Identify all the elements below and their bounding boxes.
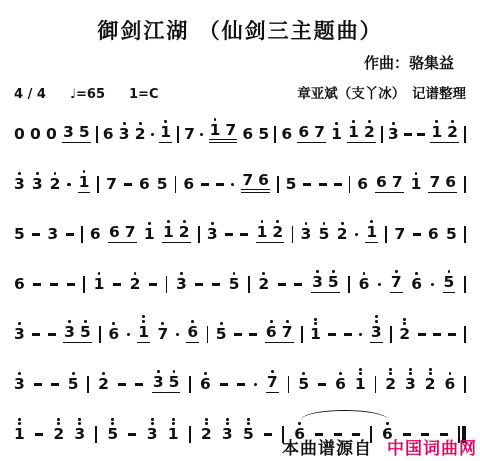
octave-dots (83, 164, 86, 173)
note-digit: 1 (431, 124, 442, 141)
rest-note: 0 (46, 116, 57, 143)
note-digit: 1 (348, 124, 359, 141)
note-digit: 6 (103, 126, 114, 143)
note-digit: 6 (183, 176, 194, 193)
note: 7 (267, 364, 278, 391)
note: 7 (184, 116, 195, 143)
note: 5 (80, 314, 91, 341)
duration-dash (32, 233, 40, 235)
note-digit: 7 (391, 274, 402, 291)
note: 3 (14, 366, 25, 393)
octave-dots (18, 316, 21, 325)
octave-dots (271, 364, 274, 373)
octave-dots (316, 264, 319, 273)
note-digit: 6 (258, 172, 269, 189)
note-digit: 6 (335, 376, 346, 393)
note-digit: 6 (200, 376, 211, 393)
note-digit: 6 (108, 326, 119, 343)
duration-dash (32, 333, 40, 335)
note-digit: 6 (357, 176, 368, 193)
dash-token (67, 266, 75, 293)
note-digit: 1 (366, 224, 377, 241)
note-digit: 1 (144, 226, 155, 243)
duration-dash (448, 333, 456, 335)
note: 2 (98, 366, 109, 393)
note: 5 (68, 366, 79, 393)
note: 7 (391, 264, 402, 291)
note-digit: 6 (428, 226, 439, 243)
octave-dots (134, 266, 137, 275)
note-digit: 7 (242, 172, 253, 189)
note-digit: 5 (258, 126, 269, 143)
octave-dots (370, 214, 373, 223)
beam-group: 35 (152, 364, 181, 394)
note: 3 (47, 216, 58, 243)
note-digit: 1 (79, 174, 90, 191)
octave-dots (211, 216, 214, 225)
note: 3 (63, 114, 74, 141)
note: 5 (444, 264, 455, 291)
octave-dot (78, 418, 81, 421)
dash-token (240, 216, 248, 243)
note-digit: 3 (47, 226, 58, 243)
octave-dots (392, 116, 395, 125)
note: 1 (210, 112, 221, 139)
beam-group: 7 (266, 364, 279, 394)
duration-dash (319, 183, 327, 185)
duration-dash (334, 183, 342, 185)
dash-token (303, 166, 311, 193)
note: 7 (392, 164, 403, 191)
note-digit: 5 (446, 226, 457, 243)
note: 7 (314, 114, 325, 141)
barline (189, 376, 191, 393)
octave-dots (415, 166, 418, 175)
duration-dash (249, 333, 257, 335)
note-digit: 5 (216, 326, 227, 343)
dot-token (67, 166, 70, 193)
dot-token (127, 316, 130, 343)
note: 2 (179, 214, 190, 241)
octave-dots (375, 314, 378, 323)
note-digit: 5 (107, 426, 118, 443)
octave-dots (449, 366, 452, 375)
note: 1 (355, 366, 366, 393)
dash-token (220, 366, 228, 393)
note-digit: 3 (405, 376, 416, 393)
beam-group: 35 (63, 314, 92, 344)
duration-dash (237, 383, 245, 385)
note: 7 (106, 166, 117, 193)
note: 1 (79, 164, 90, 191)
note: 6 (187, 314, 198, 341)
note-digit: 2 (53, 426, 64, 443)
barline (464, 276, 466, 293)
octave-dots (389, 366, 392, 375)
octave-dots (205, 416, 208, 425)
note-digit: 7 (125, 224, 136, 241)
note: 5 (328, 264, 339, 291)
note-digit: 2 (50, 176, 61, 193)
dash-token (34, 366, 42, 393)
beam-group: 1 (78, 164, 91, 194)
dash-token (344, 316, 352, 343)
dash-token (51, 366, 59, 393)
note: 5 (14, 216, 25, 243)
beam-group: 7 (390, 264, 403, 294)
octave-dot (111, 418, 114, 421)
note: 6 (183, 166, 194, 193)
note-digit: 1 (411, 176, 422, 193)
barline (95, 426, 97, 443)
note: 3 (371, 314, 382, 341)
duration-dash (234, 333, 242, 335)
octave-dots (429, 366, 432, 375)
duration-dash (303, 183, 311, 185)
dot-token (359, 316, 362, 343)
note-digit: 6 (298, 124, 309, 141)
dash-token (212, 266, 220, 293)
duration-dash (135, 383, 143, 385)
note: 2 (258, 266, 269, 293)
duration-dash (66, 233, 74, 235)
dash-token (35, 416, 43, 443)
note-digit: 5 (328, 274, 339, 291)
note: 7 (282, 314, 293, 341)
octave-dots (395, 264, 398, 273)
barline (464, 326, 466, 343)
augmentation-dot (431, 283, 434, 286)
barline (385, 226, 387, 243)
octave-dots (270, 314, 273, 323)
barline (198, 226, 200, 243)
duration-dash (33, 283, 41, 285)
beam-group: 67 (265, 314, 294, 344)
rest-note: 0 (30, 116, 41, 143)
dot-token (378, 266, 381, 293)
note: 2 (399, 316, 410, 343)
note: 1 (331, 116, 342, 143)
duration-dash (48, 333, 56, 335)
note-digit: 0 (14, 126, 25, 143)
octave-dots (36, 166, 39, 175)
duration-dash (294, 283, 302, 285)
dash-token (32, 216, 40, 243)
note-digit: 7 (106, 176, 117, 193)
octave-dot (314, 318, 317, 321)
note-digit: 2 (337, 226, 348, 243)
barline (390, 326, 392, 343)
note-digit: 2 (130, 276, 141, 293)
note: 6 (411, 266, 422, 293)
note: 5 (258, 116, 269, 143)
octave-dots (448, 264, 451, 273)
note: 7 (242, 162, 253, 189)
duration-dash (225, 233, 233, 235)
duration-dash (113, 283, 121, 285)
barline (81, 226, 83, 243)
notation-line: 33217656765667176 (0, 155, 480, 205)
octave-dots (102, 366, 105, 375)
octave-dots (247, 416, 250, 425)
page-title: 御剑江湖 （仙剑三主题曲） (0, 0, 480, 45)
augmentation-dot (231, 183, 234, 186)
note: 5 (446, 216, 457, 243)
duration-dash (201, 183, 209, 185)
octave-dots (332, 264, 335, 273)
octave-dots (220, 316, 223, 325)
note-digit: 1 (94, 276, 105, 293)
octave-dots (148, 216, 151, 225)
note: 1 (14, 416, 25, 443)
dash-token (113, 266, 121, 293)
note-digit: 5 (68, 376, 79, 393)
note-digit: 0 (46, 126, 57, 143)
note: 6 (90, 216, 101, 243)
duration-dash (216, 183, 224, 185)
rest-note: 0 (14, 116, 25, 143)
note-digit: 7 (394, 226, 405, 243)
footer-source-label: 本曲谱源自 (282, 434, 372, 459)
dash-token (249, 316, 257, 343)
octave-dots (161, 316, 164, 325)
note: 6 (109, 214, 120, 241)
duration-dash (344, 333, 352, 335)
octave-dot (57, 418, 60, 421)
beam-group: 76 (428, 164, 457, 194)
beam-group: 67 (108, 214, 137, 244)
dash-token (135, 366, 143, 393)
beam-group: 6 (186, 314, 199, 344)
octave-dots (151, 416, 154, 425)
barline (381, 126, 383, 143)
octave-dot (403, 318, 406, 321)
barline (166, 276, 168, 293)
dash-token (234, 316, 242, 343)
duration-dash (417, 133, 425, 135)
octave-dots (72, 366, 75, 375)
note-digit: 1 (163, 224, 174, 241)
beam-group: 1 (365, 214, 378, 244)
score: 0003563217176566711231233217656765667176… (0, 105, 480, 455)
octave-dots (54, 166, 57, 175)
octave-dot (375, 315, 378, 318)
note-digit: 7 (225, 122, 236, 139)
barline (248, 276, 250, 293)
note: 6 (359, 266, 370, 293)
octave-dots (173, 364, 176, 373)
tempo-marking: ♩=65 (70, 87, 105, 102)
note-digit: 2 (98, 376, 109, 393)
note-digit: 1 (210, 122, 221, 139)
dash-token (118, 366, 126, 393)
barline (87, 376, 89, 393)
dot-token (431, 266, 434, 293)
note-digit: 1 (355, 376, 366, 393)
octave-dots (183, 214, 186, 223)
note-digit: 6 (14, 276, 25, 293)
note: 6 (357, 166, 368, 193)
duration-dash (118, 383, 126, 385)
barline (288, 376, 290, 393)
note-digit: 1 (160, 124, 171, 141)
note-digit: 5 (298, 376, 309, 393)
octave-dots (335, 116, 338, 125)
duration-dash (35, 433, 43, 435)
note: 2 (364, 114, 375, 141)
note-digit: 2 (179, 224, 190, 241)
note-digit: 6 (411, 276, 422, 293)
note: 6 (108, 316, 119, 343)
dash-token (334, 166, 342, 193)
octave-dots (451, 114, 454, 123)
transcriber-credit: 章亚斌（支丫冰） 记谱整理 (297, 82, 466, 102)
note: 1 (163, 214, 174, 241)
duration-dash (418, 333, 426, 335)
octave-dot (247, 418, 250, 421)
note: 3 (147, 416, 158, 443)
dash-token (318, 366, 326, 393)
barline (464, 176, 466, 193)
notation-line: 35235675612326 (0, 355, 480, 405)
duration-dash (318, 383, 326, 385)
note-digit: 2 (385, 376, 396, 393)
octave-dots (403, 316, 406, 325)
dash-token (149, 266, 157, 293)
duration-dash (149, 283, 157, 285)
octave-dots (363, 266, 366, 275)
note: 1 (431, 114, 442, 141)
note-digit: 3 (301, 226, 312, 243)
duration-dash (212, 283, 220, 285)
key-signature: 1=C (129, 87, 158, 102)
barline (464, 376, 466, 393)
dash-token (433, 316, 441, 343)
octave-dots (18, 416, 21, 425)
notation-line: 00035632171765667112312 (0, 105, 480, 155)
composer-credit: 作曲：骆集益 (0, 45, 480, 73)
note-digit: 5 (286, 176, 297, 193)
octave-dots (339, 366, 342, 375)
note: 6 (428, 216, 439, 243)
beam-group: 1 (137, 314, 150, 344)
duration-dash (124, 183, 132, 185)
note: 5 (107, 416, 118, 443)
note: 5 (319, 216, 330, 243)
note-digit: 6 (445, 174, 456, 191)
beam-group: 12 (162, 214, 191, 244)
augmentation-dot (127, 333, 130, 336)
note: 3 (405, 366, 416, 393)
note: 3 (14, 166, 25, 193)
octave-dots (305, 216, 308, 225)
notation-line: 612352356765 (0, 255, 480, 305)
note-digit: 3 (371, 324, 382, 341)
augmentation-dot (254, 383, 257, 386)
note-digit: 3 (74, 426, 85, 443)
note: 3 (207, 216, 218, 243)
beam-group: 1 (159, 114, 172, 144)
augmentation-dot (151, 133, 154, 136)
barline (375, 376, 377, 393)
note-digit: 3 (14, 176, 25, 193)
dot-token (231, 166, 234, 193)
barline (464, 226, 466, 243)
note: 7 (394, 216, 405, 243)
augmentation-dot (355, 233, 358, 236)
dot-token (151, 116, 154, 143)
barline (96, 126, 98, 143)
note-digit: 1 (310, 326, 321, 343)
octave-dots (302, 366, 305, 375)
duration-dash (51, 383, 59, 385)
dash-token (32, 316, 40, 343)
octave-dots (368, 114, 371, 123)
note: 1 (257, 214, 268, 241)
dash-token (418, 316, 426, 343)
note-digit: 6 (139, 176, 150, 193)
note: 1 (348, 114, 359, 141)
barline (292, 226, 294, 243)
barline (277, 176, 279, 193)
barline (301, 326, 303, 343)
duration-dash (128, 433, 136, 435)
duration-dash (264, 433, 272, 435)
note-digit: 2 (201, 426, 212, 443)
octave-dots (98, 266, 101, 275)
note-digit: 5 (79, 124, 90, 141)
octave-dots (123, 116, 126, 125)
barline (207, 326, 209, 343)
dash-token (225, 216, 233, 243)
note: 3 (32, 166, 43, 193)
note: 5 (243, 416, 254, 443)
note: 2 (130, 266, 141, 293)
note: 1 (138, 314, 149, 341)
note: 1 (144, 216, 155, 243)
dash-token (195, 266, 203, 293)
note-digit: 3 (32, 176, 43, 193)
dash-token (66, 216, 74, 243)
barline (83, 276, 85, 293)
note-digit: 1 (138, 324, 149, 341)
note-digit: 3 (119, 126, 130, 143)
octave-dot (226, 418, 229, 421)
note-digit: 2 (135, 126, 146, 143)
note-digit: 7 (314, 124, 325, 141)
note-digit: 3 (64, 324, 75, 341)
note: 3 (312, 264, 323, 291)
dash-token (294, 266, 302, 293)
note-digit: 1 (168, 426, 179, 443)
octave-dots (68, 314, 71, 323)
note-digit: 5 (319, 226, 330, 243)
octave-dots (111, 416, 114, 425)
meta-left: 4 / 4 ♩=65 1=C (14, 87, 159, 102)
note-digit: 6 (90, 226, 101, 243)
octave-dots (262, 266, 265, 275)
dot-token (200, 116, 203, 143)
note-digit: 2 (364, 124, 375, 141)
note-digit: 0 (30, 126, 41, 143)
octave-dots (142, 314, 145, 323)
note-digit: 3 (153, 374, 164, 391)
note-digit: 5 (229, 276, 240, 293)
octave-dots (314, 316, 317, 325)
octave-dot (142, 315, 145, 318)
duration-dash (404, 133, 412, 135)
dash-token (33, 266, 41, 293)
